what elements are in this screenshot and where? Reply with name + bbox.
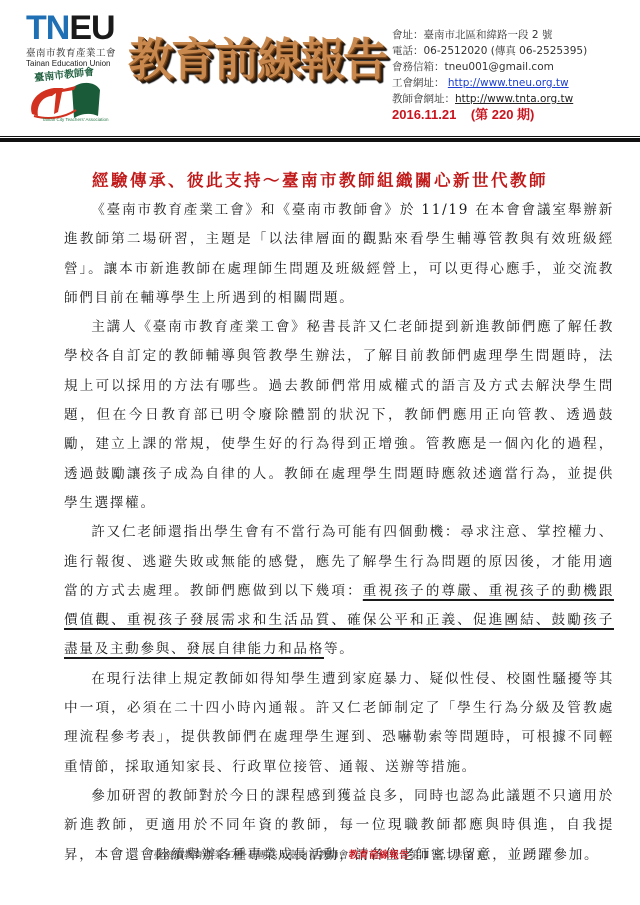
article-paragraph-4: 在現行法律上規定教師如得知學生遭到家庭暴力、疑似性侵、校園性騷擾等其中一項，必須…	[64, 665, 614, 782]
contact-teachers-site: 教師會網址：http://www.tnta.org.tw	[392, 91, 587, 107]
page-total: 2	[467, 850, 474, 861]
article-paragraph-3: 許又仁老師還指出學生會有不當行為可能有四個動機：尋求注意、掌控權力、進行報復、逃…	[64, 518, 614, 664]
tneu-logo: TNEU 臺南市教育產業工會 Tainan Education Union	[26, 12, 116, 68]
contact-phone: 電話：06-2512020 (傳真 06-2525395)	[392, 43, 587, 59]
tnta-logo: 臺南市教師會 Tainan City Teachers' Association	[24, 66, 108, 126]
tneu-wordmark-tn: TN	[26, 9, 69, 47]
contact-union-site: 工會網址： http://www.tneu.org.tw	[392, 75, 587, 91]
article-title: 經驗傳承、彼此支持～臺南市教師組織關心新世代教師	[0, 167, 640, 191]
union-website-link[interactable]: http://www.tneu.org.tw	[448, 77, 569, 89]
contact-address: 會址：臺南市北區和緯路一段 2 號	[392, 27, 587, 43]
footer-publication: 教育前線報告	[349, 850, 410, 861]
tneu-name-chinese: 臺南市教育產業工會	[26, 45, 116, 59]
contact-email: 會務信箱：tneu001@gmail.com	[392, 59, 587, 75]
header-divider-thick	[0, 138, 640, 142]
page-footer: 臺南市教育產業工會‧社團法人臺南市教師會教育前線報告第 1 頁，共 2 頁	[0, 847, 640, 861]
newsletter-header: TNEU 臺南市教育產業工會 Tainan Education Union 臺南…	[0, 0, 640, 138]
header-divider-thin	[0, 136, 640, 137]
page-current: 1	[423, 850, 430, 861]
article-paragraph-2: 主講人《臺南市教育產業工會》秘書長許又仁老師提到新進教師們應了解任教學校各自訂定…	[64, 313, 614, 518]
tnta-subtitle: Tainan City Teachers' Association	[42, 117, 109, 122]
issue-number: (第 220 期)	[471, 107, 535, 122]
email-address: tneu001@gmail.com	[445, 61, 554, 73]
article-body: 《臺南市教育產業工會》和《臺南市教師會》於 11/19 在本會會議室舉辦新進教師…	[64, 196, 614, 870]
tneu-wordmark-eu: EU	[69, 9, 114, 47]
teachers-website-link[interactable]: http://www.tnta.org.tw	[455, 93, 573, 105]
masthead-title: 教育前線報告	[128, 32, 386, 88]
footer-org: 臺南市教育產業工會‧社團法人臺南市教師會	[153, 850, 348, 861]
issue-date: 2016.11.21	[392, 107, 456, 122]
article-paragraph-1: 《臺南市教育產業工會》和《臺南市教師會》於 11/19 在本會會議室舉辦新進教師…	[64, 196, 614, 313]
issue-info: 2016.11.21 (第 220 期)	[392, 107, 587, 123]
tneu-wordmark: TNEU	[26, 12, 116, 44]
contact-block: 會址：臺南市北區和緯路一段 2 號 電話：06-2512020 (傳真 06-2…	[392, 27, 587, 123]
